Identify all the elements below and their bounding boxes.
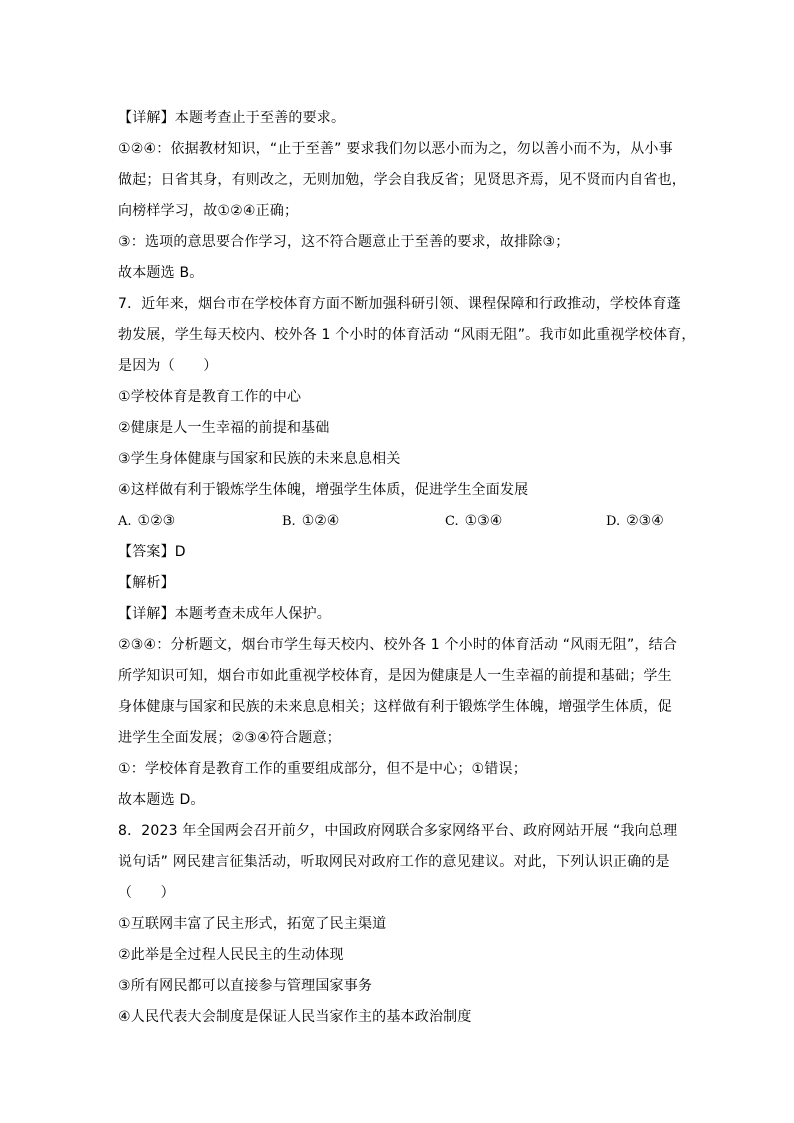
option-label: A. <box>118 514 132 529</box>
question-7-stem: 勃发展，学生每天校内、校外各 1 个小时的体育活动 “风雨无阻”。我市如此重视学… <box>118 320 688 351</box>
option-d: D.②③④ <box>606 506 664 537</box>
option-a: A.①②③ <box>118 506 175 537</box>
explanation-text: 进学生全面发展；②③④符合题意； <box>118 723 688 754</box>
explanation-text: 向榜样学习，故①②④正确； <box>118 196 688 227</box>
option-b: B.①②④ <box>282 506 339 537</box>
question-8-statement: ②此举是全过程人民民主的生动体现 <box>118 940 688 971</box>
question-7-statement: ①学校体育是教育工作的中心 <box>118 382 688 413</box>
explanation-text: ②③④：分析题文，烟台市学生每天校内、校外各 1 个小时的体育活动 “风雨无阻”… <box>118 630 688 661</box>
option-label: B. <box>282 514 296 529</box>
question-8-statement: ④人民代表大会制度是保证人民当家作主的基本政治制度 <box>118 1002 688 1033</box>
question-7-statement: ④这样做有利于锻炼学生体魄，增强学生体质，促进学生全面发展 <box>118 475 688 506</box>
explanation-heading: 【详解】本题考查未成年人保护。 <box>118 599 688 630</box>
question-8-stem: 8．2023 年全国两会召开前夕，中国政府网联合多家网络平台、政府网站开展 “我… <box>118 816 688 847</box>
option-label: C. <box>445 514 459 529</box>
question-7-statement: ③学生身体健康与国家和民族的未来息息相关 <box>118 444 688 475</box>
explanation-text: ③：选项的意思要合作学习，这不符合题意止于至善的要求，故排除③； <box>118 227 688 258</box>
document-page: 【详解】本题考查止于至善的要求。 ①②④：依据教材知识，“止于至善” 要求我们勿… <box>118 103 688 1033</box>
question-7-stem: 7．近年来，烟台市在学校体育方面不断加强科研引领、课程保障和行政推动，学校体育蓬 <box>118 289 688 320</box>
analysis-heading: 【解析】 <box>118 568 688 599</box>
answer-line: 【答案】D <box>118 537 688 568</box>
question-7-stem: 是因为（ ） <box>118 351 688 382</box>
option-c: C.①③④ <box>445 506 502 537</box>
question-7-options: A.①②③ B.①②④ C.①③④ D.②③④ <box>118 506 688 537</box>
option-label: D. <box>606 514 620 529</box>
conclusion-text: 故本题选 D。 <box>118 785 688 816</box>
question-8-statement: ③所有网民都可以直接参与管理国家事务 <box>118 971 688 1002</box>
option-text: ②③④ <box>626 513 664 529</box>
option-text: ①③④ <box>465 513 503 529</box>
explanation-text: ①②④：依据教材知识，“止于至善” 要求我们勿以恶小而为之，勿以善小而不为，从小… <box>118 134 688 165</box>
option-text: ①②④ <box>302 513 340 529</box>
conclusion-text: 故本题选 B。 <box>118 258 688 289</box>
explanation-heading: 【详解】本题考查止于至善的要求。 <box>118 103 688 134</box>
explanation-text: 做起；日省其身，有则改之，无则加勉，学会自我反省；见贤思齐焉，见不贤而内自省也， <box>118 165 688 196</box>
question-8-stem: （ ） <box>118 878 688 909</box>
question-8-statement: ①互联网丰富了民主形式，拓宽了民主渠道 <box>118 909 688 940</box>
question-8-stem: 说句话” 网民建言征集活动，听取网民对政府工作的意见建议。对此，下列认识正确的是 <box>118 847 688 878</box>
explanation-text: ①：学校体育是教育工作的重要组成部分，但不是中心；①错误； <box>118 754 688 785</box>
explanation-text: 身体健康与国家和民族的未来息息相关；这样做有利于锻炼学生体魄，增强学生体质，促 <box>118 692 688 723</box>
explanation-text: 所学知识可知，烟台市如此重视学校体育，是因为健康是人一生幸福的前提和基础；学生 <box>118 661 688 692</box>
question-7-statement: ②健康是人一生幸福的前提和基础 <box>118 413 688 444</box>
option-text: ①②③ <box>138 513 176 529</box>
